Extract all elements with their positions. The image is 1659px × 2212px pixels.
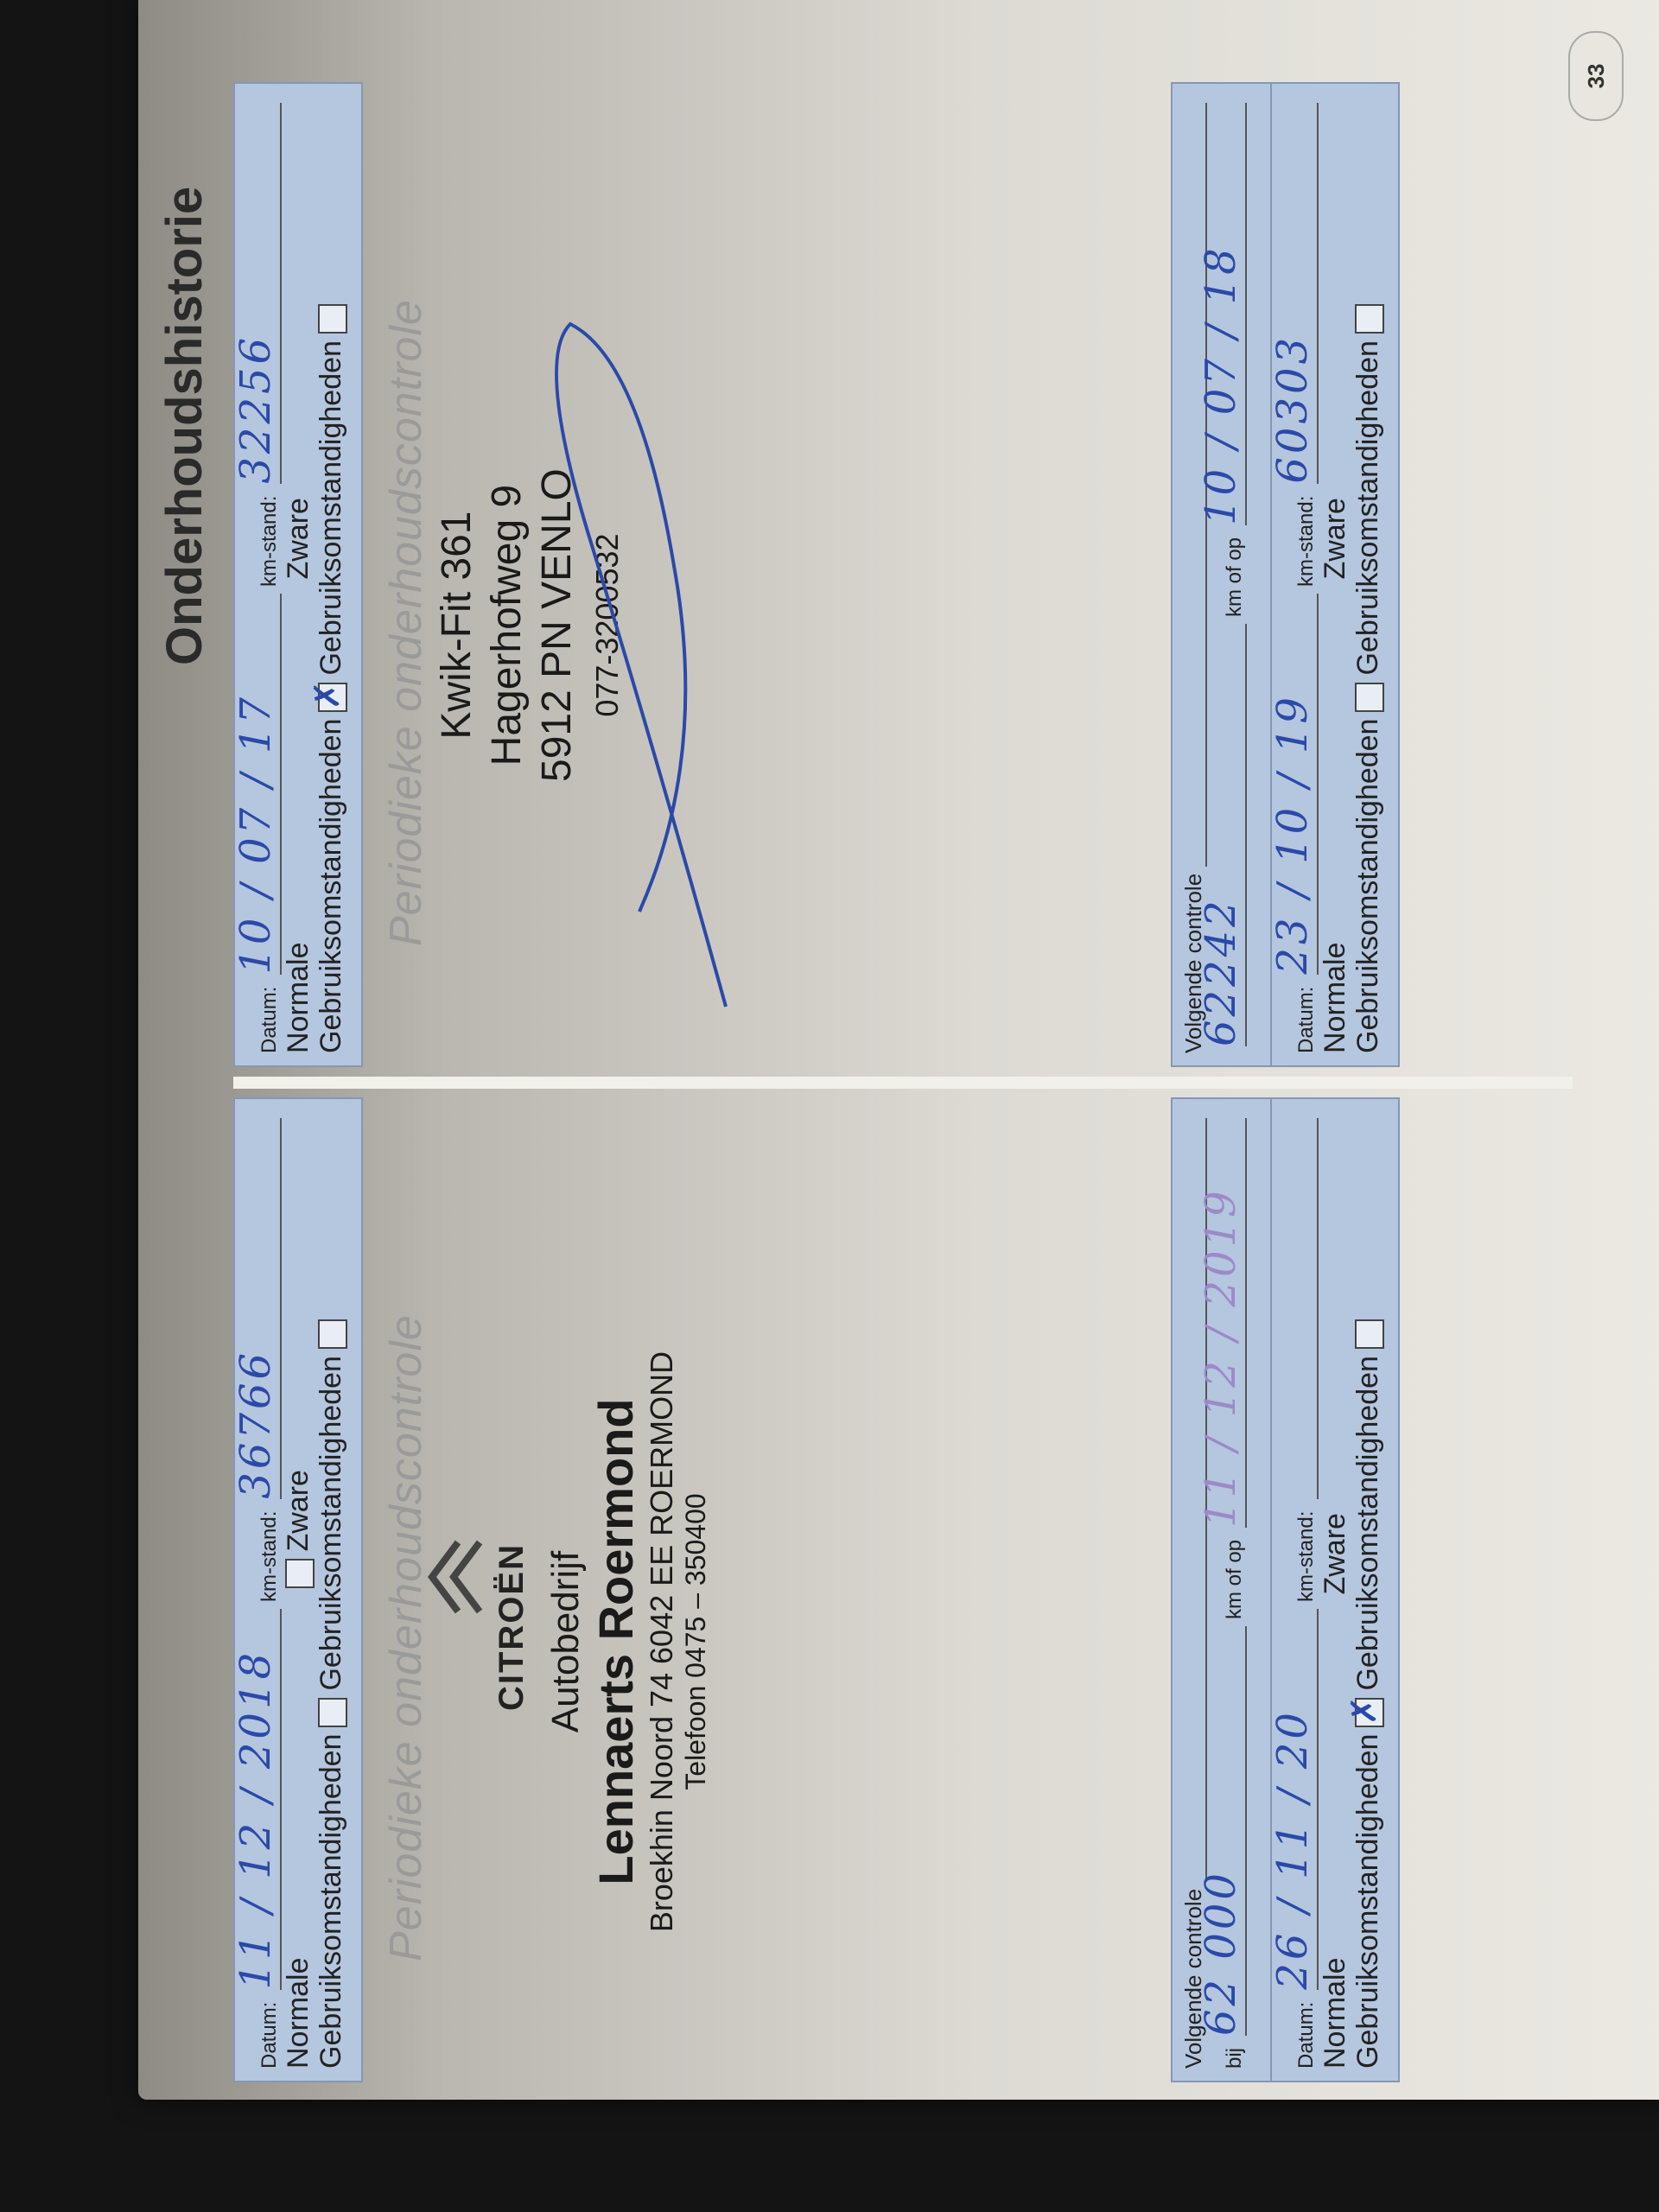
entry-4-header: Datum: 26 / 11 / 20 km-stand: Normale Zw… bbox=[1270, 1097, 1400, 2082]
km-stand-label: km-stand: bbox=[1294, 1511, 1319, 1602]
zware-label: Zware bbox=[282, 498, 315, 579]
zware-checkbox-left[interactable] bbox=[285, 1559, 315, 1588]
datum-value[interactable]: 10 / 07 / 17 bbox=[232, 694, 280, 975]
page-title: Onderhoudshistorie bbox=[156, 187, 213, 665]
zware-label: Zware bbox=[1319, 498, 1351, 579]
km-stand-value[interactable]: 36766 bbox=[232, 1350, 280, 1499]
entry-1-header: Datum: 10 / 07 / 17 km-stand: 32256 Norm… bbox=[233, 82, 363, 1067]
stamp-phone: Telefoon 0475 – 350400 bbox=[680, 1287, 712, 1996]
column-divider bbox=[233, 1077, 1573, 1089]
gebruik-label: Gebruiksomstandigheden bbox=[1351, 719, 1384, 1053]
entry-column-first: Datum: 10 / 07 / 17 km-stand: 32256 Norm… bbox=[233, 82, 1573, 1067]
gebruik-label-2: Gebruiksomstandigheden bbox=[315, 1356, 347, 1690]
volgende-km-value[interactable]: 62242 bbox=[1197, 897, 1245, 1046]
normale-checkbox[interactable] bbox=[318, 1698, 347, 1727]
km-stand-label: km-stand: bbox=[1294, 496, 1319, 587]
entry-2-stamp: Periodieke onderhoudscontrole CITROËN Au… bbox=[363, 1097, 1158, 2082]
periodieke-heading: Periodieke onderhoudscontrole bbox=[380, 1314, 432, 1961]
stamp-street: Broekhin Noord 74 6042 EE ROERMOND bbox=[644, 1287, 680, 1996]
entry-2-header: Datum: 11 / 12 / 2018 km-stand: 36766 No… bbox=[233, 1097, 363, 2082]
zware-checkbox[interactable] bbox=[1355, 1319, 1384, 1349]
volgende-datum-value[interactable]: 11 / 12 / 2019 bbox=[1197, 1187, 1245, 1528]
volgende-datum-value[interactable]: 10 / 07 / 18 bbox=[1197, 245, 1245, 525]
zware-label: Zware bbox=[282, 1470, 315, 1551]
entry-column-second: Datum: 11 / 12 / 2018 km-stand: 36766 No… bbox=[233, 1097, 1573, 2082]
citroen-chevrons-icon bbox=[423, 1538, 493, 1616]
lennaerts-roermond-stamp: Autobedrijf Lennaerts Roermond Broekhin … bbox=[544, 1287, 712, 1996]
zware-label: Zware bbox=[1319, 1513, 1351, 1594]
zware-checkbox[interactable] bbox=[318, 304, 347, 334]
km-stand-label: km-stand: bbox=[257, 1511, 282, 1602]
zware-checkbox[interactable] bbox=[318, 1319, 347, 1349]
page-number: 33 bbox=[1568, 31, 1624, 121]
gebruik-label-2: Gebruiksomstandigheden bbox=[1351, 340, 1384, 675]
signature-scribble-icon bbox=[536, 307, 743, 1015]
datum-label: Datum: bbox=[257, 987, 282, 1053]
datum-value[interactable]: 23 / 10 / 19 bbox=[1268, 694, 1317, 975]
stamp-name: Kwik-Fit 361 bbox=[432, 468, 482, 782]
normale-checkbox[interactable] bbox=[1355, 683, 1384, 712]
entry-1-stamp: Periodieke onderhoudscontrole Kwik-Fit 3… bbox=[363, 82, 1158, 1067]
stamp-line1: Autobedrijf bbox=[544, 1287, 588, 1996]
stamp-street: Hagerhofweg 9 bbox=[482, 468, 532, 782]
gebruik-label-2: Gebruiksomstandigheden bbox=[1351, 1356, 1384, 1690]
km-stand-label: km-stand: bbox=[257, 496, 282, 587]
normale-label: Normale bbox=[1319, 943, 1351, 1053]
entry-2-next-service: Volgende controle bij 62 000 km of op 11… bbox=[1171, 1097, 1274, 2082]
datum-label: Datum: bbox=[1294, 2002, 1319, 2069]
volgende-km-value[interactable]: 62 000 bbox=[1197, 1870, 1245, 2036]
datum-label: Datum: bbox=[1294, 987, 1319, 1053]
gebruik-label: Gebruiksomstandigheden bbox=[1351, 1734, 1384, 2069]
citroen-brand: CITROËN bbox=[493, 1543, 531, 1711]
entry-1-next-service: Volgende controle 62242 km of op 10 / 07… bbox=[1171, 82, 1274, 1067]
page-content: Onderhoudshistorie Datum: 11 / 12 / 2018… bbox=[138, 0, 1659, 2100]
gebruik-label-2: Gebruiksomstandigheden bbox=[315, 340, 347, 675]
stamp-name: Lennaerts Roermond bbox=[588, 1287, 644, 1996]
bij-label: bij bbox=[1223, 2048, 1247, 2069]
normale-label: Normale bbox=[1319, 1958, 1351, 2069]
entries-grid: Datum: 11 / 12 / 2018 km-stand: 36766 No… bbox=[233, 78, 1573, 2082]
gebruik-label: Gebruiksomstandigheden bbox=[315, 1734, 347, 2069]
datum-label: Datum: bbox=[257, 2002, 282, 2069]
normale-label: Normale bbox=[282, 1958, 315, 2069]
periodieke-heading: Periodieke onderhoudscontrole bbox=[380, 299, 432, 946]
normale-checkbox-checked[interactable] bbox=[318, 683, 347, 712]
normale-label: Normale bbox=[282, 943, 315, 1053]
km-of-op-label: km of op bbox=[1223, 1540, 1247, 1619]
datum-value[interactable]: 11 / 12 / 2018 bbox=[232, 1649, 280, 1990]
km-stand-value[interactable]: 32256 bbox=[232, 334, 280, 484]
normale-checkbox-checked[interactable] bbox=[1355, 1698, 1384, 1727]
zware-checkbox[interactable] bbox=[1355, 304, 1384, 334]
km-stand-value[interactable]: 60303 bbox=[1268, 334, 1317, 484]
entry-3-header: Datum: 23 / 10 / 19 km-stand: 60303 Norm… bbox=[1270, 82, 1400, 1067]
gebruik-label: Gebruiksomstandigheden bbox=[315, 719, 347, 1053]
datum-value[interactable]: 26 / 11 / 20 bbox=[1268, 1709, 1317, 1990]
booklet-page: Onderhoudshistorie Datum: 11 / 12 / 2018… bbox=[138, 0, 1659, 2100]
km-of-op-label: km of op bbox=[1223, 537, 1247, 617]
